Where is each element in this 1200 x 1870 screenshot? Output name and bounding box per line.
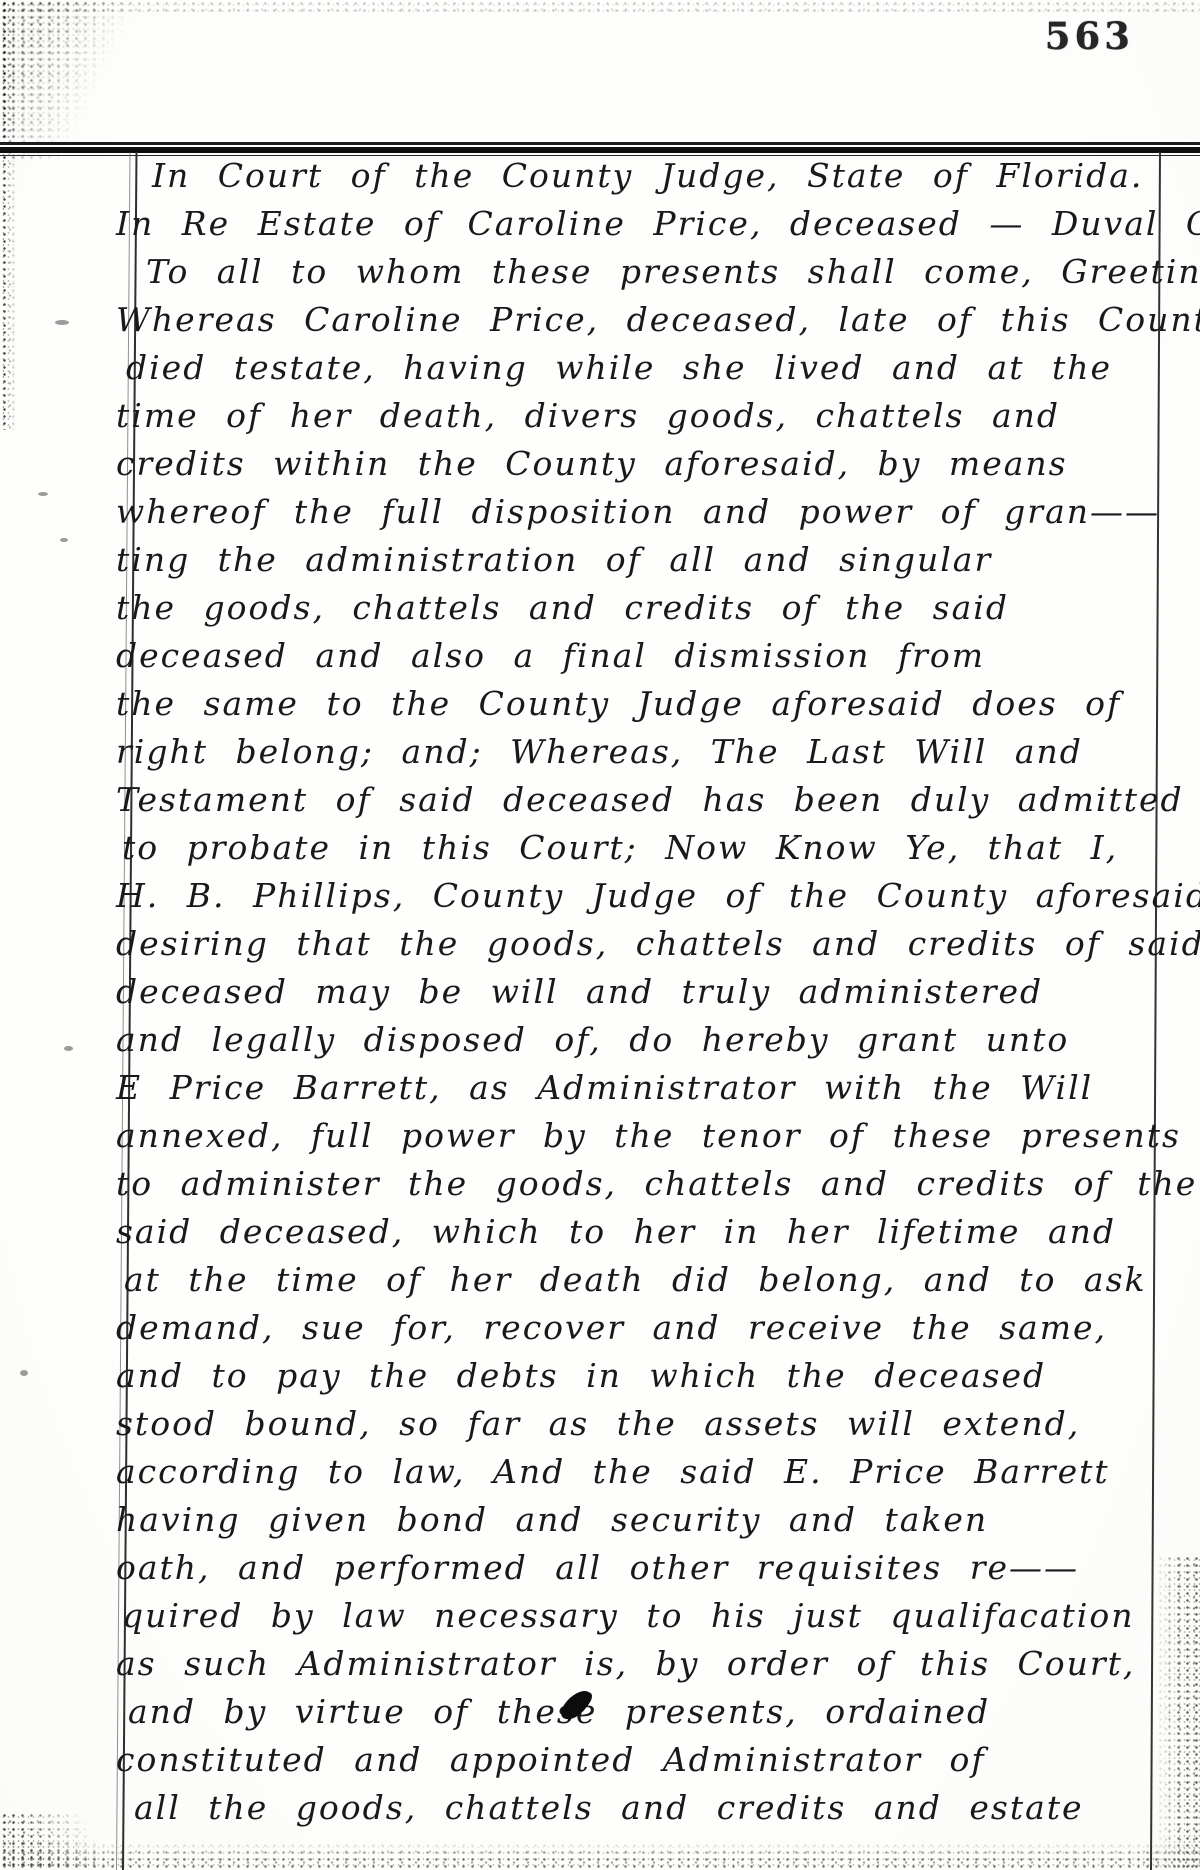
handwritten-line: right belong; and; Whereas, The Last Wil… [116,728,1196,776]
handwritten-line: according to law, And the said E. Price … [116,1448,1196,1496]
handwritten-line: demand, sue for, recover and receive the… [116,1304,1196,1352]
scan-edge-top [0,0,1200,12]
scan-smudge-top-left [0,0,150,160]
handwritten-line: In Court of the County Judge, State of F… [116,152,1196,200]
handwritten-line: ting the administration of all and singu… [116,536,1196,584]
handwritten-line: time of her death, divers goods, chattel… [116,392,1196,440]
handwritten-line: E Price Barrett, as Administrator with t… [116,1064,1196,1112]
handwritten-line: Whereas Caroline Price, deceased, late o… [116,296,1196,344]
handwritten-text-block: In Court of the County Judge, State of F… [116,152,1196,1832]
scanned-document-page: 563 In Court of the County Judge, State … [0,0,1200,1870]
handwritten-line: the goods, chattels and credits of the s… [116,584,1196,632]
scan-stray-mark [64,1046,73,1051]
handwritten-line: annexed, full power by the tenor of thes… [116,1112,1196,1160]
handwritten-line: all the goods, chattels and credits and … [116,1784,1196,1832]
handwritten-line: and by virtue of these presents, ordaine… [116,1688,1196,1736]
handwritten-line: to administer the goods, chattels and cr… [116,1160,1196,1208]
handwritten-line: desiring that the goods, chattels and cr… [116,920,1196,968]
handwritten-line: deceased may be will and truly administe… [116,968,1196,1016]
handwritten-line: quired by law necessary to his just qual… [116,1592,1196,1640]
handwritten-line: deceased and also a final dismission fro… [116,632,1196,680]
scan-band-bottom [0,1842,1200,1870]
handwritten-line: having given bond and security and taken [116,1496,1196,1544]
handwritten-line: H. B. Phillips, County Judge of the Coun… [116,872,1196,920]
handwritten-line: to probate in this Court; Now Know Ye, t… [116,824,1196,872]
scan-stray-mark [38,492,48,496]
scan-edge-left [0,0,16,430]
scan-corner-bottom-left [0,1812,110,1870]
page-number: 563 [1045,14,1134,58]
handwritten-line: To all to whom these presents shall come… [116,248,1196,296]
handwritten-line: credits within the County aforesaid, by … [116,440,1196,488]
handwritten-line: said deceased, which to her in her lifet… [116,1208,1196,1256]
scan-stray-mark [55,320,69,325]
handwritten-line: the same to the County Judge aforesaid d… [116,680,1196,728]
handwritten-line: In Re Estate of Caroline Price, deceased… [116,200,1196,248]
handwritten-line: at the time of her death did belong, and… [116,1256,1196,1304]
handwritten-line: Testament of said deceased has been duly… [116,776,1196,824]
handwritten-line: and legally disposed of, do hereby grant… [116,1016,1196,1064]
handwritten-line: and to pay the debts in which the deceas… [116,1352,1196,1400]
scan-stray-mark [60,538,68,542]
handwritten-line: whereof the full disposition and power o… [116,488,1196,536]
handwritten-line: oath, and performed all other requisites… [116,1544,1196,1592]
handwritten-line: died testate, having while she lived and… [116,344,1196,392]
scan-stray-mark [20,1370,28,1376]
handwritten-line: stood bound, so far as the assets will e… [116,1400,1196,1448]
handwritten-line: as such Administrator is, by order of th… [116,1640,1196,1688]
handwritten-line: constituted and appointed Administrator … [116,1736,1196,1784]
